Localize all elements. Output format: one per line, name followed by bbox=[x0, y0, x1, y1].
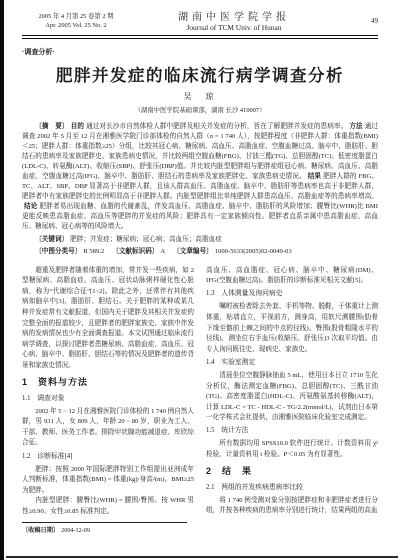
column-category-label: ·调查分析· bbox=[22, 47, 378, 57]
journal-name-en: Journal of TCM Univ. of Hunan bbox=[130, 23, 338, 32]
received-date-value: 2004-12-09 bbox=[61, 527, 90, 534]
section-2-1-paragraph: 将 1 740 例受测对象分别按肥胖症和非肥胖症者进行分组，并按各种疾病的患病率… bbox=[206, 496, 378, 517]
article-title: 肥胖并发症的临床流行病学调查分析 bbox=[22, 66, 378, 86]
issue-date-en: Apr. 2005 Vol. 25 No. 2 bbox=[22, 21, 130, 30]
issue-block: 2005 年 4 月第 25 卷第 2 期 Apr. 2005 Vol. 25 … bbox=[22, 12, 130, 30]
article-author: 吴 琼 bbox=[22, 91, 378, 102]
footnote-block: 〔收稿日期〕2004-12-09 〔作者简介〕吴 琼(1978 - )，女，湖南… bbox=[22, 518, 194, 534]
scanned-journal-page: 2005 年 4 月第 25 卷第 2 期 Apr. 2005 Vol. 25 … bbox=[0, 0, 400, 560]
abstract-results-label: 结果 bbox=[308, 173, 321, 180]
header-divider bbox=[22, 35, 378, 39]
received-date-line: 〔收稿日期〕2004-12-09 bbox=[22, 526, 194, 534]
scan-edge-bottom bbox=[6, 556, 398, 558]
classification-line: 〔中图分类号〕R 589.2〔文献标识码〕A〔文章编号〕1000-5633(20… bbox=[22, 247, 378, 257]
page-number: 49 bbox=[338, 12, 378, 25]
received-date-label: 〔收稿日期〕 bbox=[22, 527, 59, 534]
clc-value: R 589.2 bbox=[83, 248, 104, 255]
article-id-label: 〔文章编号〕 bbox=[173, 248, 213, 255]
scan-edge-left bbox=[0, 0, 4, 560]
section-2-heading: 2 结 果 bbox=[206, 466, 378, 477]
section-2-1-heading: 2.1 两组的并发疾病患病率比较 bbox=[206, 483, 378, 494]
article-id-value: 1000-5633(2005)02-0049-03 bbox=[215, 248, 292, 255]
abstract-methods-label: 方法 bbox=[349, 123, 362, 130]
article-affiliation: （湖南中医学院基础课部，湖南 长沙 410007） bbox=[22, 105, 378, 114]
section-1-heading: 1 资料与方法 bbox=[22, 377, 194, 388]
section-1-4-heading: 1.4 实验室测定 bbox=[206, 358, 378, 369]
body-two-columns: 超重及肥胖者随着体重的增加，常并发一些疾病，如 2 型糖尿病、高脂血症、高血压、… bbox=[22, 266, 378, 534]
keywords-text: 肥胖；并发症；糖尿病；冠心病；高血压；高脂血症 bbox=[70, 236, 222, 243]
section-1-3-heading: 1.3 人体测量及询问病史 bbox=[206, 289, 378, 300]
journal-header: 2005 年 4 月第 25 卷第 2 期 Apr. 2005 Vol. 25 … bbox=[22, 12, 378, 32]
intro-paragraph: 超重及肥胖者随着体重的增加，常并发一些疾病，如 2 型糖尿病、高脂血症、高血压、… bbox=[22, 266, 194, 372]
section-1-5-paragraph: 所有数据均用 SPSS10.0 软件进行统计。计数资料用 χ² 检验，计量资料用… bbox=[206, 439, 378, 460]
keywords-label: 〔关键词〕 bbox=[35, 236, 68, 243]
abstract-methods-text: 通过调查 2002 年 5 月至 12 月在湘雅医学院门诊部体检的自然人群（n … bbox=[22, 123, 378, 180]
abstract-objective-text: 通过对长沙市自然体检人群中肥胖及相关并发症的分析，旨在了解肥胖并发症的患病率。 bbox=[86, 123, 347, 130]
section-1-1-paragraph: 2002 年 5 ~ 12 月在湘雅医院门诊体检的 1 740 例自然人群，男 … bbox=[22, 407, 194, 449]
section-1-5-heading: 1.5 统计方法 bbox=[206, 426, 378, 437]
clc-label: 〔中图分类号〕 bbox=[35, 248, 81, 255]
journal-name-block: 湖南中医学院学报 Journal of TCM Univ. of Hunan bbox=[130, 12, 338, 32]
abstract-paragraph: 〔摘 要〕目的通过对长沙市自然体检人群中肥胖及相关并发症的分析，旨在了解肥胖并发… bbox=[22, 122, 378, 232]
keywords-line: 〔关键词〕肥胖；并发症；糖尿病；冠心病；高血压；高脂血症 bbox=[22, 235, 378, 245]
issue-date-cn: 2005 年 4 月第 25 卷第 2 期 bbox=[22, 12, 130, 21]
abstract-conclusion-label: 结论 bbox=[24, 203, 38, 210]
abstract-objective-label: 目的 bbox=[71, 123, 84, 130]
abstract-label: 〔摘 要〕 bbox=[35, 123, 69, 130]
abstract-conclusion-text: 肥胖者易出现血糖、血脂的代谢紊乱，伴发高血压、高脂血症、脑卒中、脂肪肝的风险增加… bbox=[22, 203, 378, 230]
section-1-2-paragraph-visceral: 内脏型肥胖：腰臀比(WHR) = 腰围/臀围。按 WHR 男性≥0.90、女性≥… bbox=[22, 496, 194, 517]
left-column: 超重及肥胖者随着体重的增加，常并发一些疾病，如 2 型糖尿病、高脂血症、高血压、… bbox=[22, 266, 194, 534]
journal-name-cn: 湖南中医学院学报 bbox=[130, 12, 338, 23]
section-1-4-paragraph: 清晨坐位空腹静脉抽血 5 mL，使用日本日立 1710 生化分析仪，酶法测定血糖… bbox=[206, 371, 378, 424]
right-column: 高血压、高血脂症、冠心病、脑卒中、糖尿病(DM)、IFG(空腹血糖过高)、脂肪肝… bbox=[206, 266, 378, 534]
section-1-1-heading: 1.1 调查对象 bbox=[22, 394, 194, 405]
section-1-2-paragraph-obesity: 肥胖：按照 2000 年国际肥胖特别工作组提出亚洲成年人判断标准，体重指数(BM… bbox=[22, 465, 194, 497]
section-1-3-paragraph: 嘱咐被检者除去外套、手机等物、脱鞋，于体重计上测体重，贴墙直立，平视前方，测身高… bbox=[206, 302, 378, 355]
doc-code-value: A bbox=[160, 248, 165, 255]
footnote-divider bbox=[22, 522, 187, 523]
doc-code-label: 〔文献标识码〕 bbox=[112, 248, 158, 255]
section-1-2-heading: 1.2 诊断标准[4] bbox=[22, 452, 194, 463]
section-1-2-continued-paragraph: 高血压、高血脂症、冠心病、脑卒中、糖尿病(DM)、IFG(空腹血糖过高)、脂肪肝… bbox=[206, 266, 378, 287]
page-content: 2005 年 4 月第 25 卷第 2 期 Apr. 2005 Vol. 25 … bbox=[22, 12, 378, 534]
